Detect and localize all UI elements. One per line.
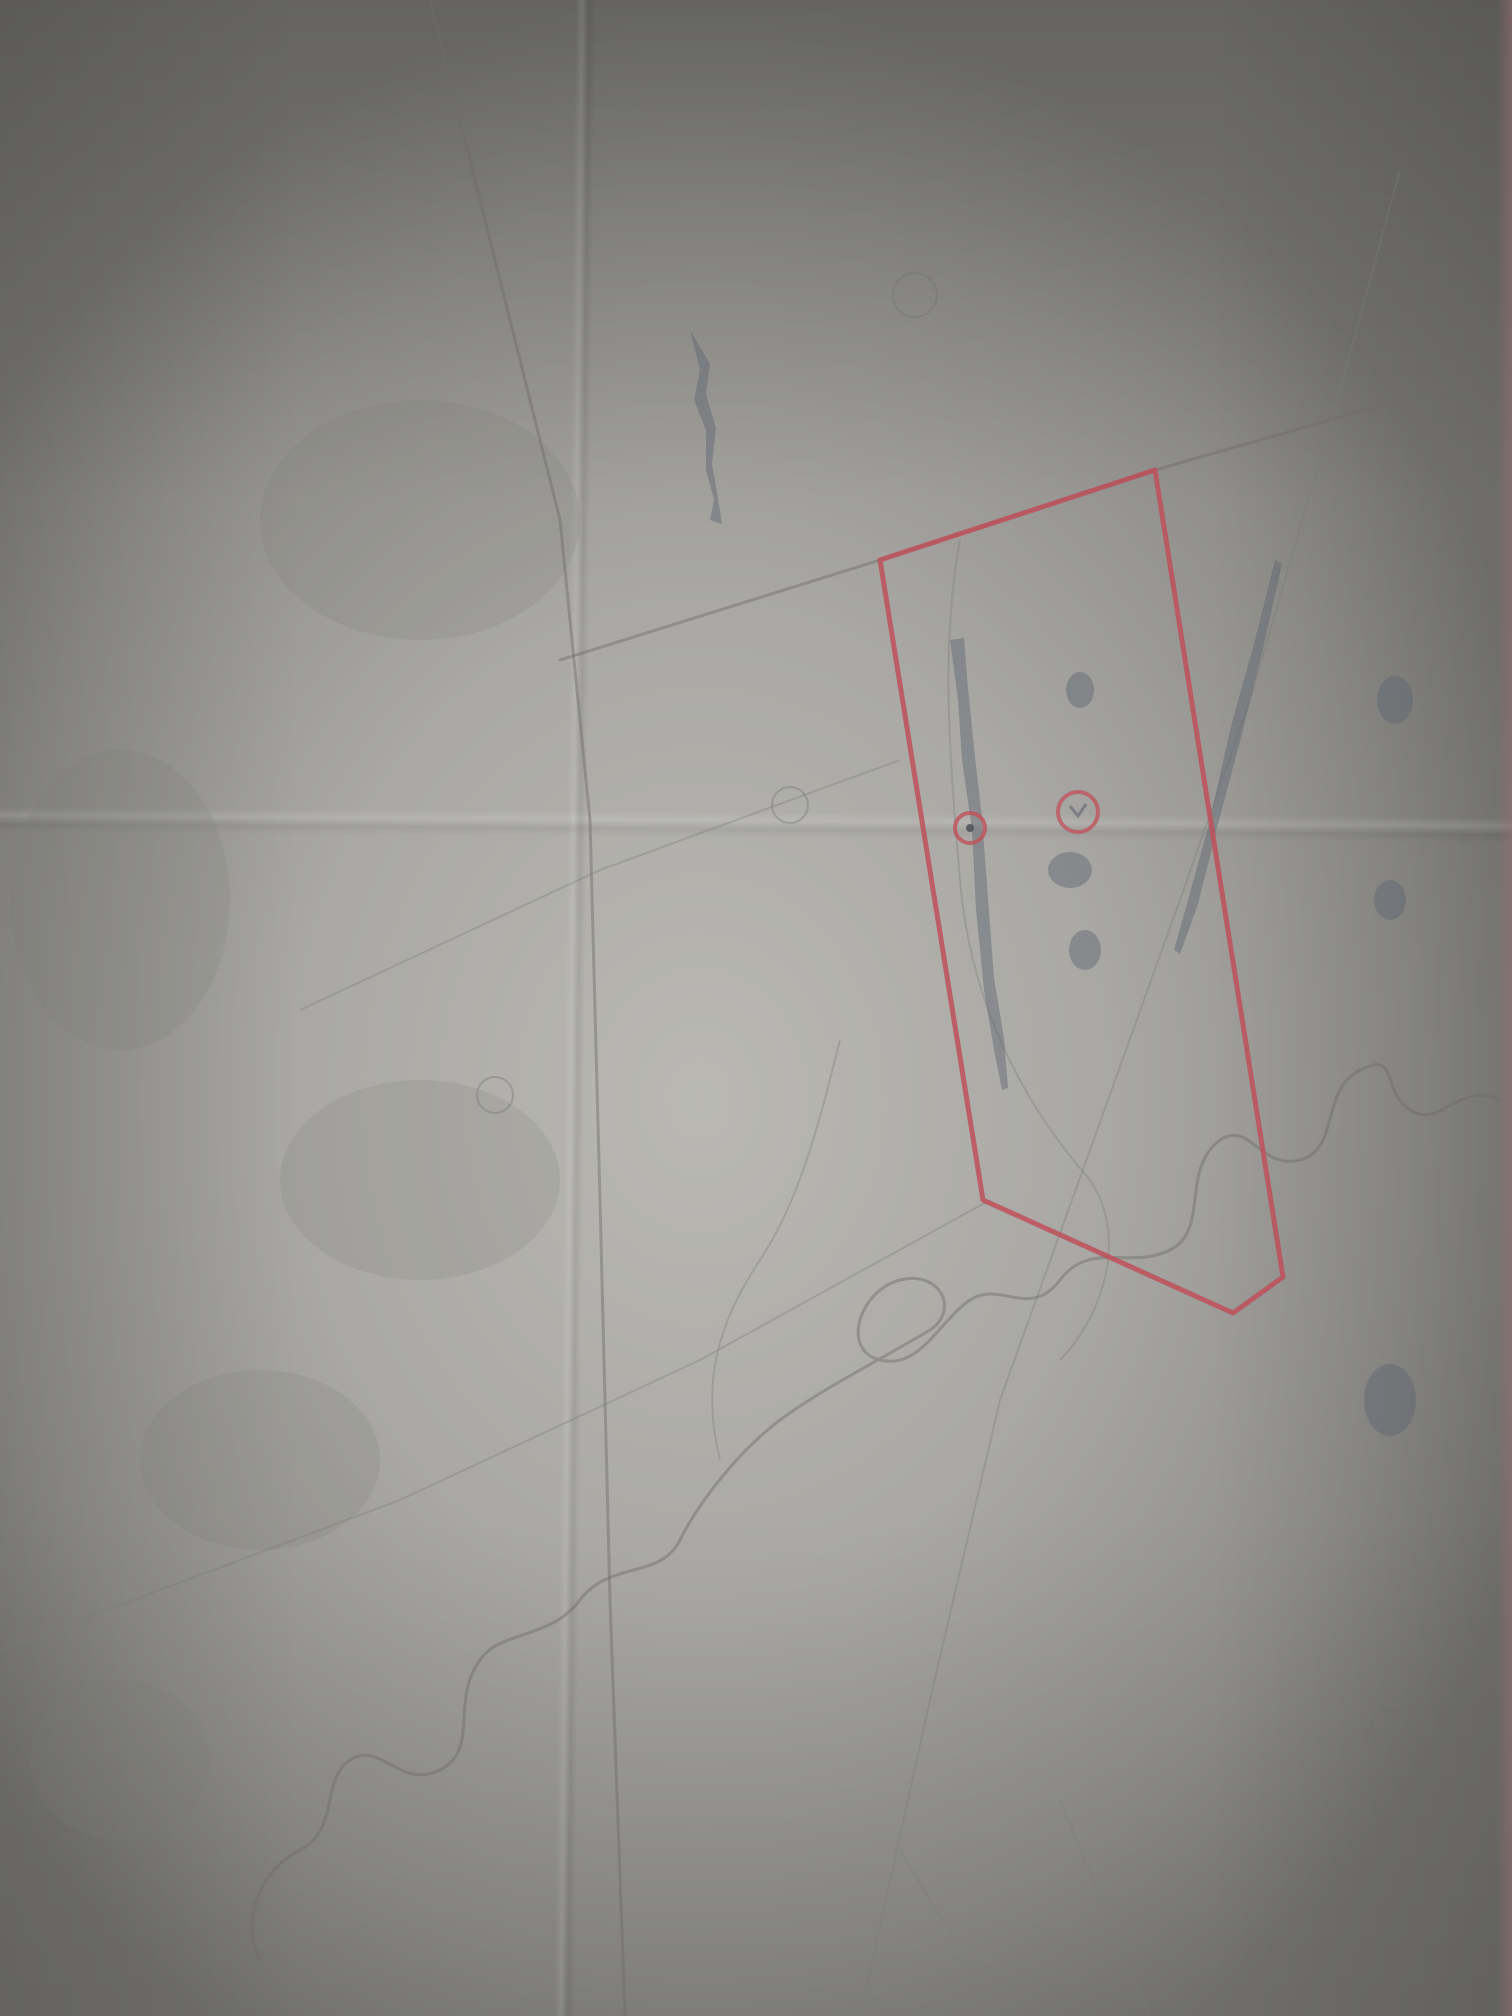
handwriting-marks — [690, 330, 1416, 1436]
circled-labels — [477, 273, 1410, 1750]
terrain-patches — [10, 400, 580, 1840]
road-lines — [0, 0, 1470, 2016]
map-drawing — [0, 0, 1512, 2016]
map-photo — [0, 0, 1512, 2016]
red-circle-marker-symbol — [1058, 792, 1098, 832]
parcel-outline — [880, 470, 1283, 1313]
